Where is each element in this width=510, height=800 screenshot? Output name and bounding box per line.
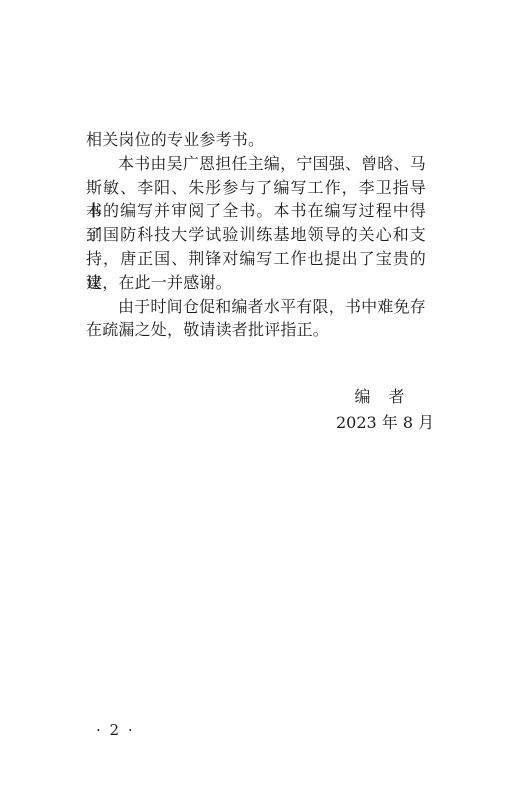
preface-line: 本书由吴广恩担任主编，宁国强、曾晗、马 [86,152,426,176]
signature-block: 编 者 2023 年 8 月 [336,384,424,435]
signature-date: 2023 年 8 月 [336,410,424,436]
preface-line: 斯敏、李阳、朱彤参与了编写工作，李卫指导本 [86,176,426,200]
preface-line: 议，在此一并感谢。 [86,271,426,295]
book-page: 相关岗位的专业参考书。 本书由吴广恩担任主编，宁国强、曾晗、马 斯敏、李阳、朱彤… [0,0,510,800]
preface-line: 在疏漏之处，敬请读者批评指正。 [86,318,426,342]
page-number: · 2 · [96,721,135,739]
signature-author: 编 者 [336,384,424,410]
preface-line: 书的编写并审阅了全书。本书在编写过程中得到 [86,199,426,223]
preface-line: 由于时间仓促和编者水平有限，书中难免存 [86,295,426,319]
preface-line: 了国防科技大学试验训练基地领导的关心和支 [86,223,426,247]
preface-line: 持，唐正国、荆锋对编写工作也提出了宝贵的建 [86,247,426,271]
preface-text: 相关岗位的专业参考书。 本书由吴广恩担任主编，宁国强、曾晗、马 斯敏、李阳、朱彤… [86,128,426,342]
preface-line: 相关岗位的专业参考书。 [86,128,426,152]
